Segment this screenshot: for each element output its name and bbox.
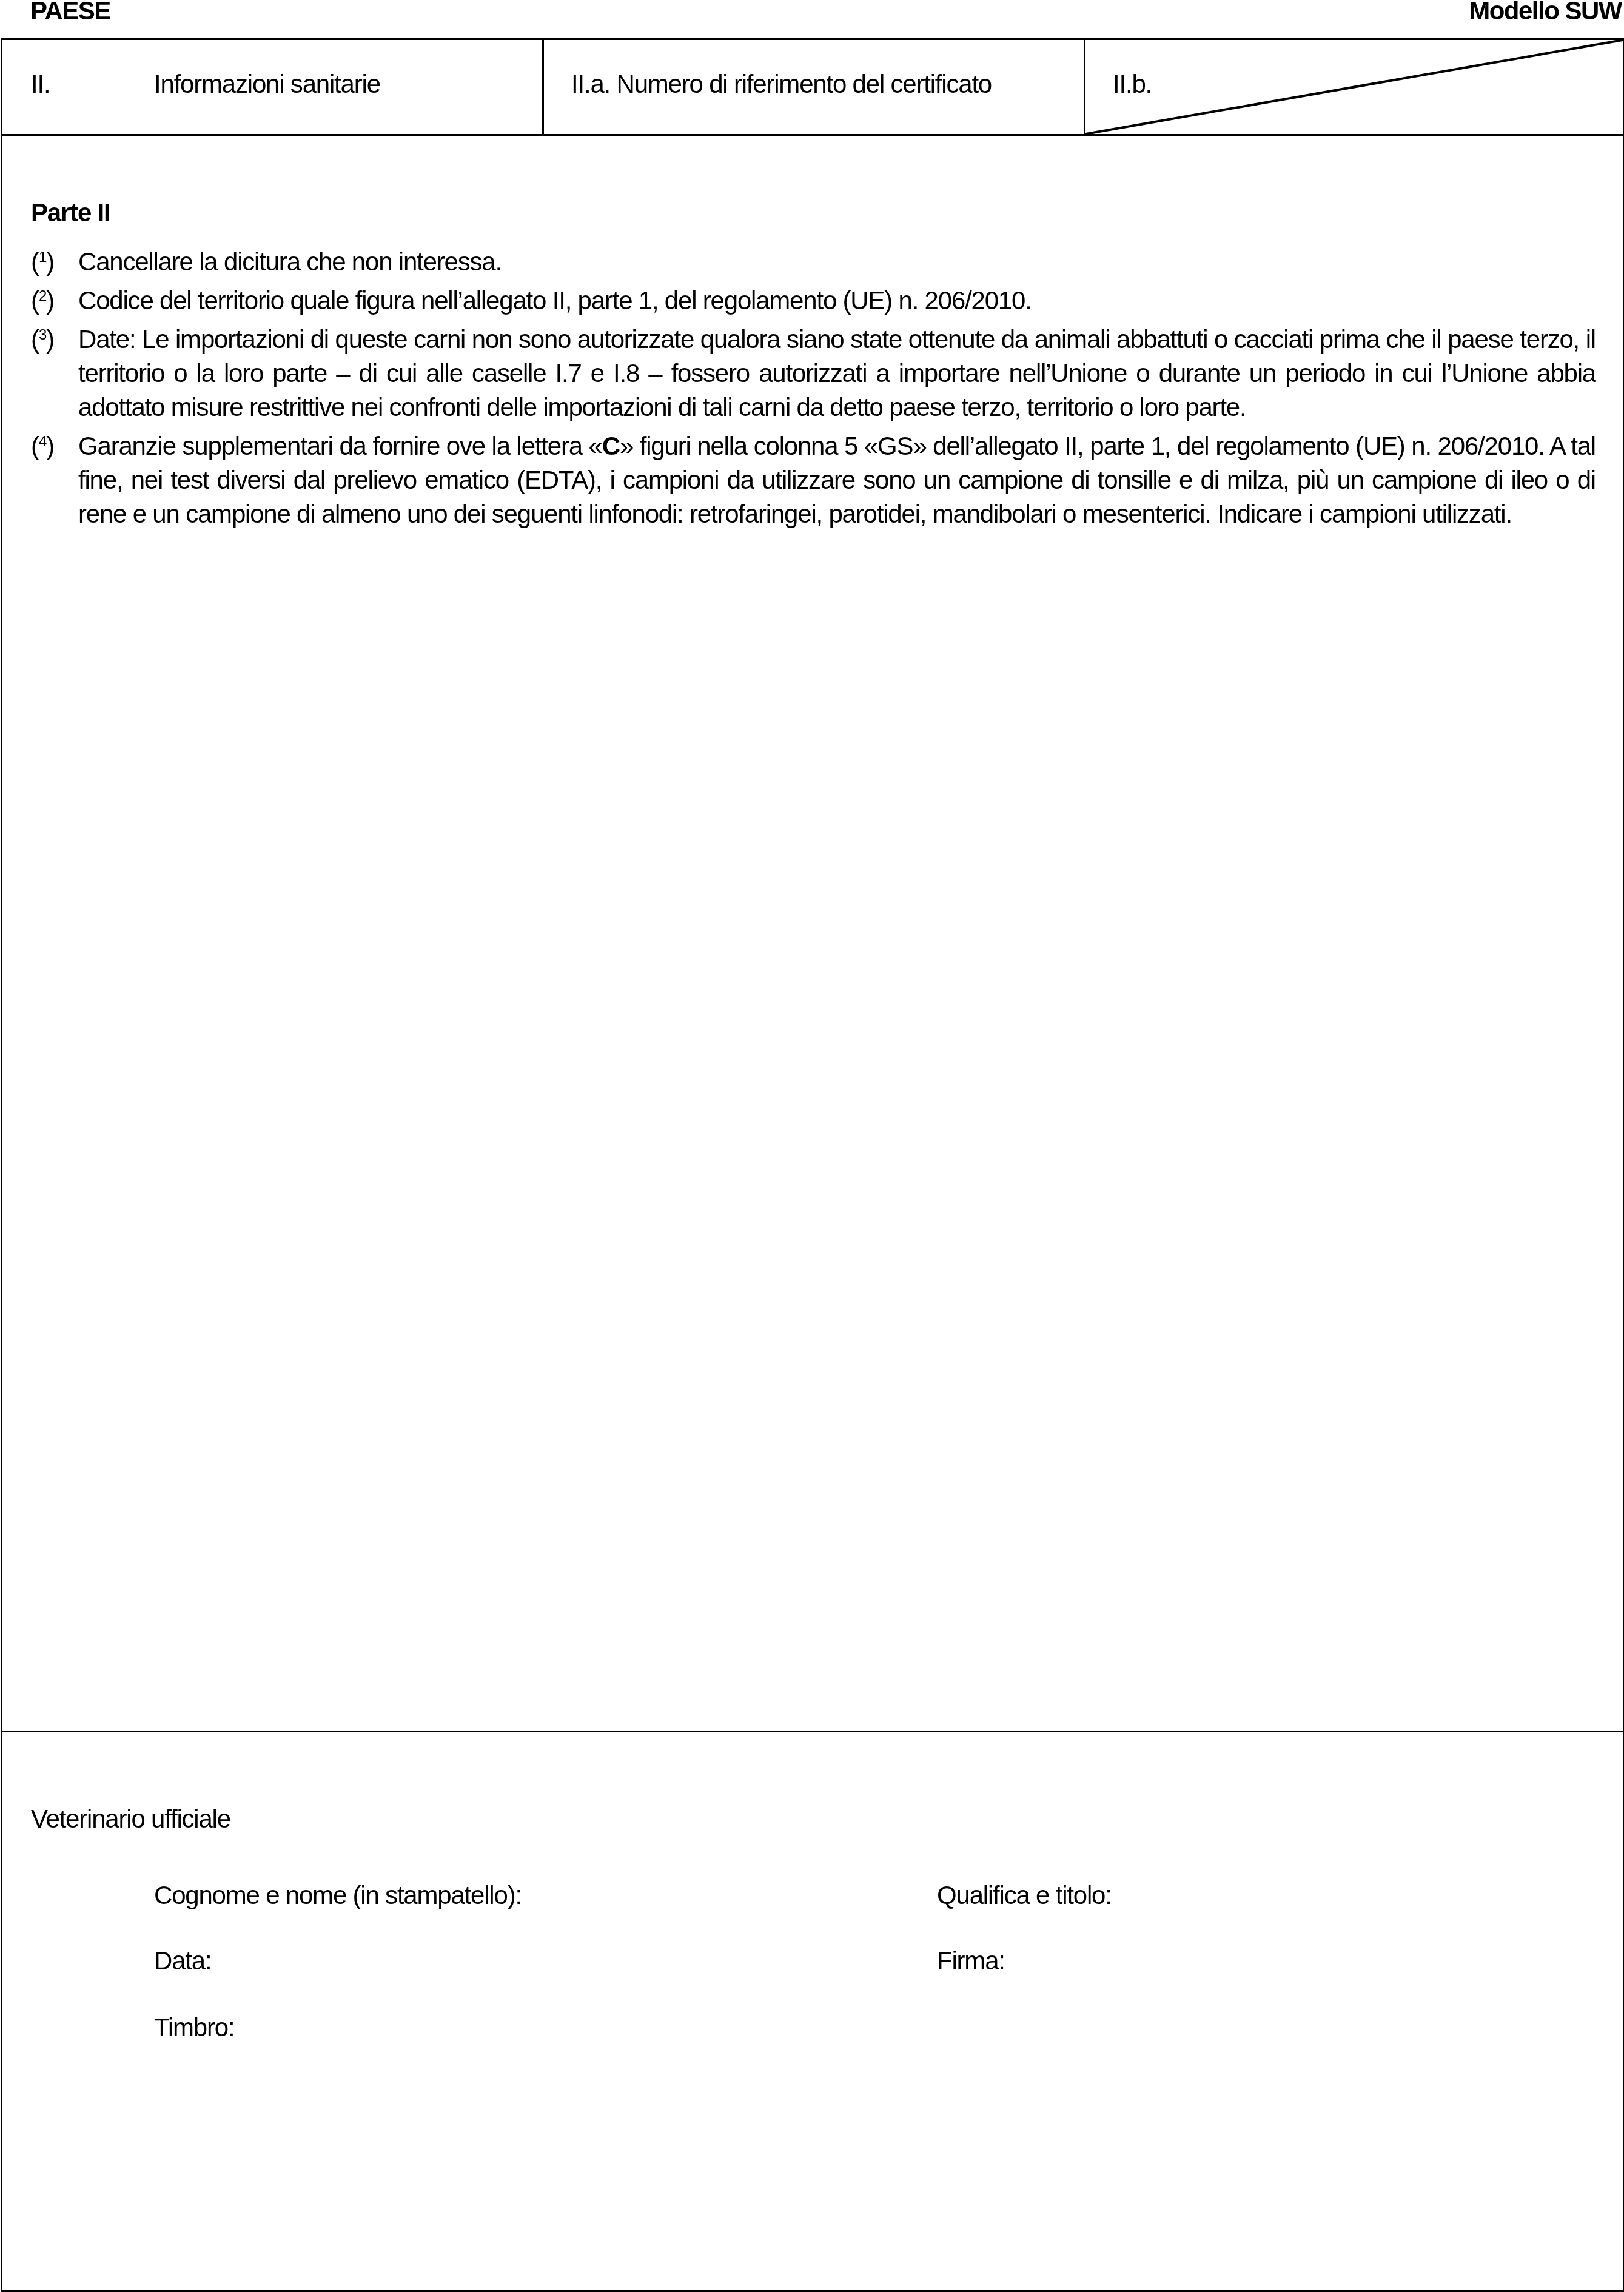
footnote-text: Date: Le importazioni di queste carni no… [78, 323, 1595, 424]
date-field[interactable]: Data: [154, 1946, 211, 1976]
footnote-3: (3) Date: Le importazioni di queste carn… [31, 323, 1595, 424]
part-title: Parte II [31, 198, 110, 228]
footnote-2: (2) Codice del territorio quale figura n… [31, 284, 1595, 318]
qualification-field[interactable]: Qualifica e titolo: [937, 1880, 1112, 1911]
reference-label: II.a. Numero di riferimento del certific… [571, 69, 992, 99]
stamp-field[interactable]: Timbro: [154, 2012, 234, 2043]
header-row: II. Informazioni sanitarie II.a. Numero … [2, 40, 1623, 136]
footnote-4: (4) Garanzie supplementari da fornire ov… [31, 429, 1595, 531]
reference-cell[interactable]: II.a. Numero di riferimento del certific… [544, 40, 1085, 134]
name-field[interactable]: Cognome e nome (in stampatello): [154, 1880, 522, 1911]
footnote-marker: (4) [31, 429, 54, 467]
footnote-marker: (1) [31, 245, 54, 283]
signature-field[interactable]: Firma: [937, 1946, 1005, 1976]
veterinarian-title: Veterinario ufficiale [31, 1804, 230, 1834]
notes-section: Parte II (1) Cancellare la dicitura che … [2, 136, 1623, 1732]
letter-c: C [602, 432, 620, 460]
footnote-text: Codice del territorio quale figura nell’… [78, 284, 1595, 318]
strikethrough-diagonal [1085, 40, 1623, 134]
section-cell: II. Informazioni sanitarie [2, 40, 544, 134]
country-label: PAESE [30, 0, 110, 25]
section-title: Informazioni sanitarie [154, 69, 380, 99]
reference-b-cell: II.b. [1085, 40, 1623, 134]
footnotes-list: (1) Cancellare la dicitura che non inter… [31, 245, 1595, 536]
model-label: Modello SUW [1469, 0, 1622, 25]
veterinarian-section: Veterinario ufficiale Cognome e nome (in… [2, 1732, 1623, 2290]
certificate-frame: II. Informazioni sanitarie II.a. Numero … [1, 38, 1624, 2292]
footnote-marker: (2) [31, 284, 54, 322]
section-number: II. [31, 69, 50, 99]
footnote-1: (1) Cancellare la dicitura che non inter… [31, 245, 1595, 279]
footnote-text: Cancellare la dicitura che non interessa… [78, 245, 1595, 279]
footnote-text: Garanzie supplementari da fornire ove la… [78, 429, 1595, 531]
footnote-marker: (3) [31, 323, 54, 361]
